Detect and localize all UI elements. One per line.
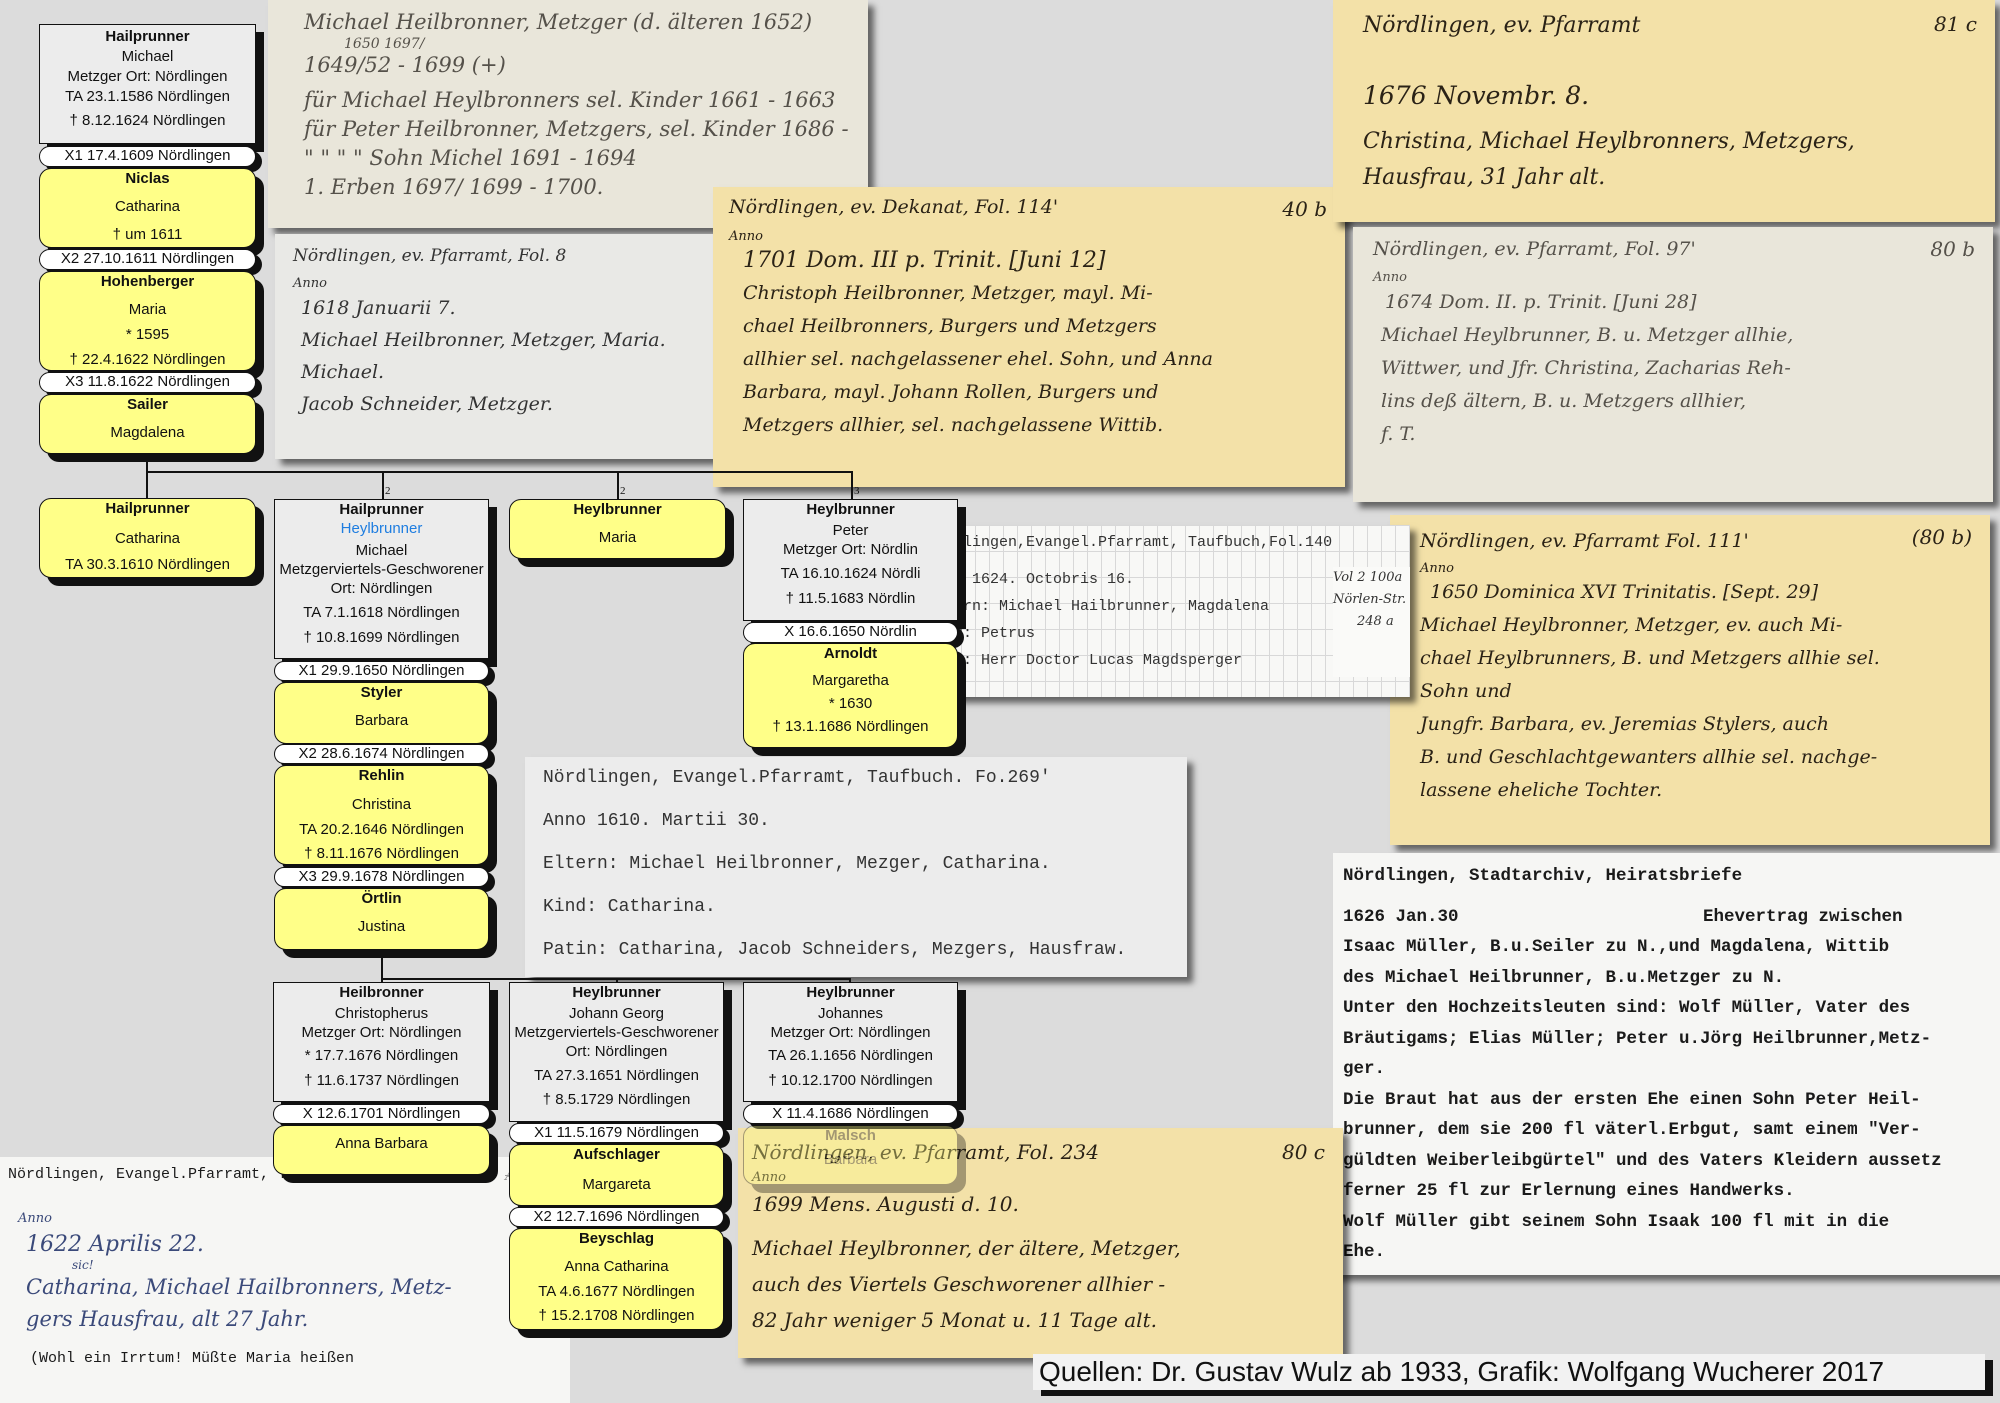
person-box-spouse-aufschlager[interactable]: Aufschlager Margareta	[509, 1144, 724, 1206]
given-name: Maria	[510, 528, 725, 548]
baptism-date: TA 23.1.1586 Nördlingen	[40, 87, 255, 107]
person-box-spouse-sailer[interactable]: Sailer Magdalena	[39, 394, 256, 454]
marriage-label: X1 29.9.1650 Nördlingen	[274, 661, 489, 681]
marriage-label: X3 29.9.1678 Nördlingen	[274, 867, 489, 887]
card-line: Die Braut hat aus der ersten Ehe einen S…	[1343, 1085, 2000, 1116]
given-name: Anna Catharina	[510, 1257, 723, 1276]
surname: Örtlin	[275, 889, 488, 909]
card-line: 1674 Dom. II. p. Trinit. [Juni 28]	[1373, 286, 1993, 319]
person-box-spouse-anna-barbara[interactable]: Anna Barbara	[273, 1125, 490, 1175]
marriage-label: X3 11.8.1622 Nördlingen	[39, 372, 256, 393]
surname: Hailprunner	[40, 499, 255, 519]
given-name: Christopherus	[274, 1004, 489, 1023]
card-line: 82 Jahr weniger 5 Monat u. 11 Tage alt.	[752, 1302, 1343, 1338]
baptism-date: TA 16.10.1624 Nördli	[744, 564, 957, 583]
card-header: Nördlingen, Stadtarchiv, Heiratsbriefe	[1343, 861, 2000, 892]
given-name: Margareta	[510, 1175, 723, 1195]
connector-child-2	[382, 471, 384, 499]
card-line: güldten Weiberleibgürtel" und des Vaters…	[1343, 1146, 2000, 1177]
document-card-c9: Nördlingen, Stadtarchiv, Heiratsbriefe 1…	[1333, 853, 2000, 1275]
surname: Hailprunner	[40, 27, 255, 47]
card-line: Michael Heilbronner, Metzger (d. älteren…	[304, 8, 868, 37]
card-line: Christina, Michael Heylbronners, Metzger…	[1363, 124, 1995, 160]
card-header: Nördlingen, ev. Pfarramt, Fol. 97'	[1373, 233, 1993, 266]
connector-children-bar	[146, 471, 852, 473]
card-line: 1618 Januarii 7.	[293, 292, 715, 324]
card-line: ferner 25 fl zur Erlernung eines Handwer…	[1343, 1176, 2000, 1207]
marriage-label: X1 17.4.1609 Nördlingen	[39, 146, 256, 167]
card-anno: Anno	[8, 1207, 570, 1231]
card-line: 1649/52 - 1699 (+)	[304, 51, 868, 80]
baptism-date: TA 4.6.1677 Nördlingen	[510, 1282, 723, 1301]
document-card-c10: Nördlingen, Evangel.Pfarramt, Totenbuch,…	[0, 1157, 570, 1403]
person-box-spouse-niclas[interactable]: Niclas Catharina † um 1611	[39, 168, 256, 248]
card-side-note: Vol 2 100a Nörlen-Str. 248 a	[1333, 567, 1410, 677]
card-anno: Anno	[293, 276, 715, 292]
death-date: † 13.1.1686 Nördlingen	[744, 717, 957, 736]
side-note-line: 248 a	[1333, 611, 1410, 633]
card-line: " " " " Sohn Michel 1691 - 1694	[304, 144, 868, 173]
card-line: Unter den Hochzeitsleuten sind: Wolf Mül…	[1343, 993, 2000, 1024]
marriage-label: X 12.6.1701 Nördlingen	[273, 1104, 490, 1124]
death-date: † 22.4.1622 Nördlingen	[40, 350, 255, 370]
surname: Heylbrunner	[744, 983, 957, 1002]
document-card-c2: Nördlingen, ev. Pfarramt, Fol. 8 Anno 16…	[275, 234, 715, 459]
given-name: Maria	[40, 300, 255, 320]
card-anno: Anno	[1420, 562, 1990, 576]
birth-date: * 1595	[40, 325, 255, 345]
card-line: für Peter Heilbronner, Metzgers, sel. Ki…	[304, 115, 868, 144]
card-anno: Anno	[729, 230, 1345, 244]
card-line: Kind: Catharina.	[543, 886, 1187, 929]
death-date: † 11.5.1683 Nördlin	[744, 589, 957, 608]
death-date: † 10.8.1699 Nördlingen	[275, 628, 488, 647]
person-box-spouse-styler[interactable]: Styler Barbara	[274, 682, 489, 744]
occupation: Metzgerviertels-Geschworener	[271, 560, 492, 579]
person-box-root[interactable]: Hailprunner Michael Metzger Ort: Nördlin…	[39, 24, 256, 144]
card-line: allhier sel. nachgelassener ehel. Sohn, …	[729, 343, 1345, 376]
residence: Ort: Nördlingen	[510, 1042, 723, 1061]
card-line: gers Hausfrau, alt 27 Jahr.	[8, 1303, 570, 1335]
card-title: Ehevertrag zwischen	[1703, 902, 1903, 933]
marriage-label: X 11.4.1686 Nördlingen	[743, 1104, 958, 1124]
marriage-label: X2 12.7.1696 Nördlingen	[509, 1207, 724, 1227]
document-card-c5: 80 b Nördlingen, ev. Pfarramt, Fol. 97' …	[1353, 227, 1993, 502]
card-line: Jacob Schneider, Metzger.	[293, 388, 715, 420]
card-line: 1699 Mens. Augusti d. 10.	[752, 1186, 1343, 1222]
card-line: 1676 Novembr. 8.	[1363, 78, 1995, 114]
surname: Niclas	[40, 169, 255, 189]
side-note-line: Vol 2 100a	[1333, 567, 1410, 589]
surname: Heylbrunner	[510, 500, 725, 520]
given-name: Anna Barbara	[274, 1134, 489, 1154]
surname: Rehlin	[275, 766, 488, 785]
card-header: Nördlingen,Evangel.Pfarramt, Taufbuch,Fo…	[927, 529, 1410, 556]
death-date: † 8.5.1729 Nördlingen	[510, 1090, 723, 1109]
person-box-child-peter[interactable]: Heylbrunner Peter Metzger Ort: Nördlin T…	[743, 499, 958, 621]
given-name: Magdalena	[40, 423, 255, 443]
card-line: B. und Geschlachtgewanters allhie sel. n…	[1420, 741, 1990, 774]
given-name: Catharina	[40, 529, 255, 549]
surname: Sailer	[40, 395, 255, 415]
card-line: brunner, dem sie 200 fl väterl.Erbgut, s…	[1343, 1115, 2000, 1146]
occupation: Metzger Ort: Nördlin	[744, 540, 957, 559]
card-line: Michael Heylbrunner, B. u. Metzger allhi…	[1373, 319, 1993, 352]
surname: Heylbrunner	[744, 500, 957, 519]
person-box-child-catharina[interactable]: Hailprunner Catharina TA 30.3.1610 Nördl…	[39, 498, 256, 578]
baptism-date: TA 7.1.1618 Nördlingen	[275, 603, 488, 622]
connector-root-down	[146, 456, 148, 500]
baptism-date: TA 27.3.1651 Nördlingen	[510, 1066, 723, 1085]
card-line: Patin: Catharina, Jacob Schneiders, Mezg…	[543, 929, 1187, 972]
given-name: Michael	[40, 47, 255, 67]
connector-child-3	[617, 471, 619, 499]
card-line: Jungfr. Barbara, ev. Jeremias Stylers, a…	[1420, 708, 1990, 741]
card-line: 1650 1697/	[304, 37, 868, 51]
card-anno: Anno	[1373, 270, 1993, 286]
person-box-spouse-malsch[interactable]: Malsch Barbara	[743, 1125, 958, 1185]
card-line: f. T.	[1373, 418, 1993, 451]
document-card-c3: 40 b Nördlingen, ev. Dekanat, Fol. 114' …	[713, 187, 1345, 487]
death-date: † 11.6.1737 Nördlingen	[274, 1071, 489, 1090]
surname: Beyschlag	[510, 1229, 723, 1248]
baptism-date: TA 30.3.1610 Nördlingen	[40, 555, 255, 575]
given-name: Margaretha	[744, 671, 957, 690]
card-line: Wittwer, und Jfr. Christina, Zacharias R…	[1373, 352, 1993, 385]
card-line: Bräutigams; Elias Müller; Peter u.Jörg H…	[1343, 1024, 2000, 1055]
card-line: Metzgers allhier, sel. nachgelassene Wit…	[729, 409, 1345, 442]
person-box-spouse-oertlin[interactable]: Örtlin Justina	[274, 888, 489, 950]
baptism-date: TA 20.2.1646 Nördlingen	[275, 820, 488, 839]
surname: Heilbronner	[274, 983, 489, 1002]
marriage-label: X 16.6.1650 Nördlin	[743, 622, 958, 643]
card-line: Michael Heylbronner, Metzger, ev. auch M…	[1420, 609, 1990, 642]
card-line: Hausfrau, 31 Jahr alt.	[1363, 160, 1995, 196]
marriage-label: X1 11.5.1679 Nördlingen	[509, 1123, 724, 1143]
death-date: † 8.11.1676 Nördlingen	[275, 844, 488, 863]
side-note-line: Nörlen-Str.	[1333, 589, 1410, 611]
occupation: Metzgerviertels-Geschworener	[506, 1023, 727, 1042]
given-name: Catharina	[40, 197, 255, 217]
surname: Arnoldt	[744, 644, 957, 663]
given-name: Peter	[744, 521, 957, 540]
card-line: 1701 Dom. III p. Trinit. [Juni 12]	[729, 244, 1345, 277]
person-box-grandchild-christopherus[interactable]: Heilbronner Christopherus Metzger Ort: N…	[273, 982, 490, 1102]
death-date: † 10.12.1700 Nördlingen	[744, 1071, 957, 1090]
card-date: 1626 Jan.30	[1343, 907, 1459, 927]
card-line: Michael Heylbronner, der ältere, Metzger…	[752, 1230, 1343, 1266]
person-box-child-michael[interactable]: Hailprunner Heylbrunner Michael Metzgerv…	[274, 499, 489, 659]
card-line: Isaac Müller, B.u.Seiler zu N.,und Magda…	[1343, 932, 2000, 963]
baptism-date: TA 26.1.1656 Nördlingen	[744, 1046, 957, 1065]
card-line: Catharina, Michael Hailbronners, Metz-	[8, 1271, 570, 1303]
card-sic-note: sic!	[8, 1259, 570, 1271]
occupation: Metzger Ort: Nördlingen	[274, 1023, 489, 1042]
card-header: Nördlingen, ev. Pfarramt, Fol. 8	[293, 240, 715, 272]
card-line: chael Heilbronners, Burgers und Metzgers	[729, 310, 1345, 343]
card-header: Nördlingen, ev. Pfarramt Fol. 111'	[1420, 525, 1990, 558]
card-header: Nördlingen, Evangel.Pfarramt, Taufbuch. …	[543, 757, 1187, 800]
card-date-row: 1626 Jan.30 Ehevertrag zwischen	[1343, 902, 2000, 933]
person-box-child-maria[interactable]: Heylbrunner Maria	[509, 499, 726, 559]
given-name: Michael	[275, 541, 488, 560]
marriage-label: X2 28.6.1674 Nördlingen	[274, 744, 489, 764]
surname: Hailprunner	[275, 500, 488, 519]
death-date: † 8.12.1624 Nördlingen	[40, 111, 255, 131]
person-box-grandchild-johannes[interactable]: Heylbrunner Johannes Metzger Ort: Nördli…	[743, 982, 958, 1102]
card-line: Michael.	[293, 356, 715, 388]
person-box-spouse-hohenberger[interactable]: Hohenberger Maria * 1595 † 22.4.1622 Nör…	[39, 271, 256, 371]
person-box-spouse-beyschlag[interactable]: Beyschlag Anna Catharina TA 4.6.1677 Nör…	[509, 1228, 724, 1330]
surname: Malsch	[744, 1126, 957, 1146]
card-line: (Wohl ein Irrtum! Müßte Maria heißen	[8, 1347, 570, 1371]
given-name: Barbara	[275, 711, 488, 731]
surname: Hohenberger	[40, 272, 255, 292]
birth-date: * 1630	[744, 694, 957, 713]
given-name: Johann Georg	[510, 1004, 723, 1023]
card-line: Sohn und	[1420, 675, 1990, 708]
card-header: Nördlingen, ev. Dekanat, Fol. 114'	[729, 191, 1345, 224]
document-card-c6: Nördlingen,Evangel.Pfarramt, Taufbuch,Fo…	[905, 525, 1410, 697]
occupation: Metzger Ort: Nördlingen	[40, 67, 255, 87]
card-line: 1622 Aprilis 22.	[8, 1231, 570, 1259]
child-marker: 3	[854, 485, 860, 497]
card-line: Eltern: Michael Heilbronner, Mezger, Cat…	[543, 843, 1187, 886]
person-box-spouse-rehlin[interactable]: Rehlin Christina TA 20.2.1646 Nördlingen…	[274, 765, 489, 865]
card-line: 1650 Dominica XVI Trinitatis. [Sept. 29]	[1420, 576, 1990, 609]
card-line: Wolf Müller gibt seinem Sohn Isaak 100 f…	[1343, 1207, 2000, 1238]
given-name: Christina	[275, 795, 488, 814]
occupation: Metzger Ort: Nördlingen	[744, 1023, 957, 1042]
person-box-spouse-arnoldt[interactable]: Arnoldt Margaretha * 1630 † 13.1.1686 Nö…	[743, 643, 958, 748]
marriage-label: X2 27.10.1611 Nördlingen	[39, 249, 256, 270]
document-card-c7: (80 b) Nördlingen, ev. Pfarramt Fol. 111…	[1390, 515, 1990, 845]
card-line-text: Michael Heilbronner, Metzger, Maria.	[301, 329, 666, 351]
card-line: lassene eheliche Tochter.	[1420, 774, 1990, 807]
card-line: Anno 1610. Martii 30.	[543, 800, 1187, 843]
card-line: lins deß ältern, B. u. Metzgers allhier,	[1373, 385, 1993, 418]
child-marker: 2	[620, 485, 626, 497]
credit-caption: Quellen: Dr. Gustav Wulz ab 1933, Grafik…	[1033, 1354, 1985, 1390]
person-box-grandchild-johann-georg[interactable]: Heylbrunner Johann Georg Metzgerviertels…	[509, 982, 724, 1122]
given-name: Johannes	[744, 1004, 957, 1023]
surname: Heylbrunner	[510, 983, 723, 1002]
connector-child-4	[851, 471, 853, 499]
card-header: Nördlingen, ev. Pfarramt	[1363, 8, 1995, 44]
death-date: † um 1611	[40, 225, 255, 245]
death-date: † 15.2.1708 Nördlingen	[510, 1306, 723, 1325]
child-marker: 2	[385, 485, 391, 497]
card-line: des Michael Heilbrunner, B.u.Metzger zu …	[1343, 963, 2000, 994]
card-line: Christoph Heilbronner, Metzger, mayl. Mi…	[729, 277, 1345, 310]
card-line: Barbara, mayl. Johann Rollen, Burgers un…	[729, 376, 1345, 409]
card-line: Ehe.	[1343, 1237, 2000, 1268]
residence: Ort: Nördlingen	[275, 579, 488, 598]
card-line: auch des Viertels Geschworener allhier -	[752, 1266, 1343, 1302]
document-card-c4: 81 c Nördlingen, ev. Pfarramt 1676 Novem…	[1333, 0, 1995, 222]
card-line: chael Heylbrunners, B. und Metzgers allh…	[1420, 642, 1990, 675]
surname: Styler	[275, 683, 488, 703]
surname: Aufschlager	[510, 1145, 723, 1165]
card-line: Michael Heilbronner, Metzger, Maria.	[293, 324, 715, 356]
given-name: Justina	[275, 917, 488, 937]
document-card-c8: Nördlingen, Evangel.Pfarramt, Taufbuch. …	[525, 757, 1187, 977]
birth-date: * 17.7.1676 Nördlingen	[274, 1046, 489, 1065]
card-line: ger.	[1343, 1054, 2000, 1085]
card-line: für Michael Heylbronners sel. Kinder 166…	[304, 86, 868, 115]
alt-surname: Heylbrunner	[275, 519, 488, 538]
given-name: Barbara	[744, 1150, 957, 1170]
